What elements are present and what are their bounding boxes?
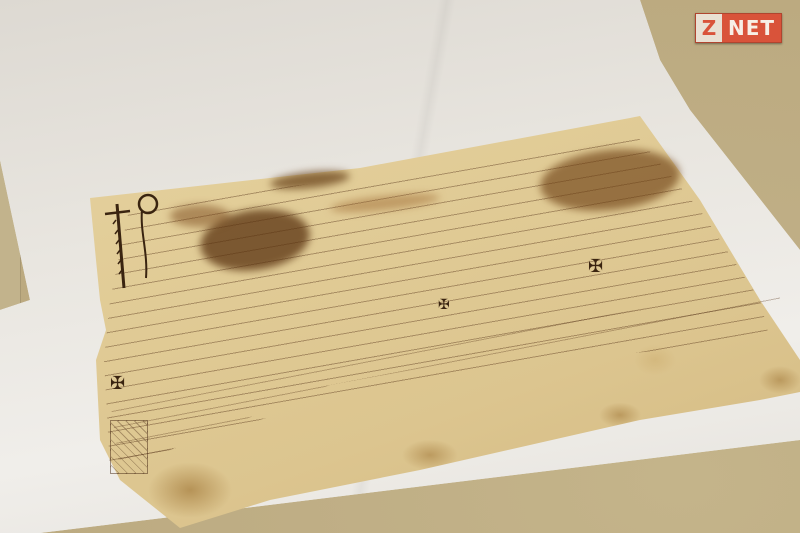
decorated-letter-p-icon	[134, 192, 164, 282]
logo-z: Z	[696, 14, 722, 42]
cross-mark-icon: ✠	[110, 375, 125, 393]
znet-watermark-logo: Z NET	[695, 13, 782, 43]
ink-stain-initial	[170, 205, 230, 227]
photo-scene: ✠ ✠ ✠	[0, 0, 800, 533]
cross-mark-icon: ✠	[438, 298, 450, 312]
cross-mark-icon: ✠	[588, 258, 603, 276]
logo-net: NET	[722, 14, 781, 42]
decorated-cross-initial-icon	[102, 200, 132, 290]
notary-signum	[110, 420, 148, 474]
